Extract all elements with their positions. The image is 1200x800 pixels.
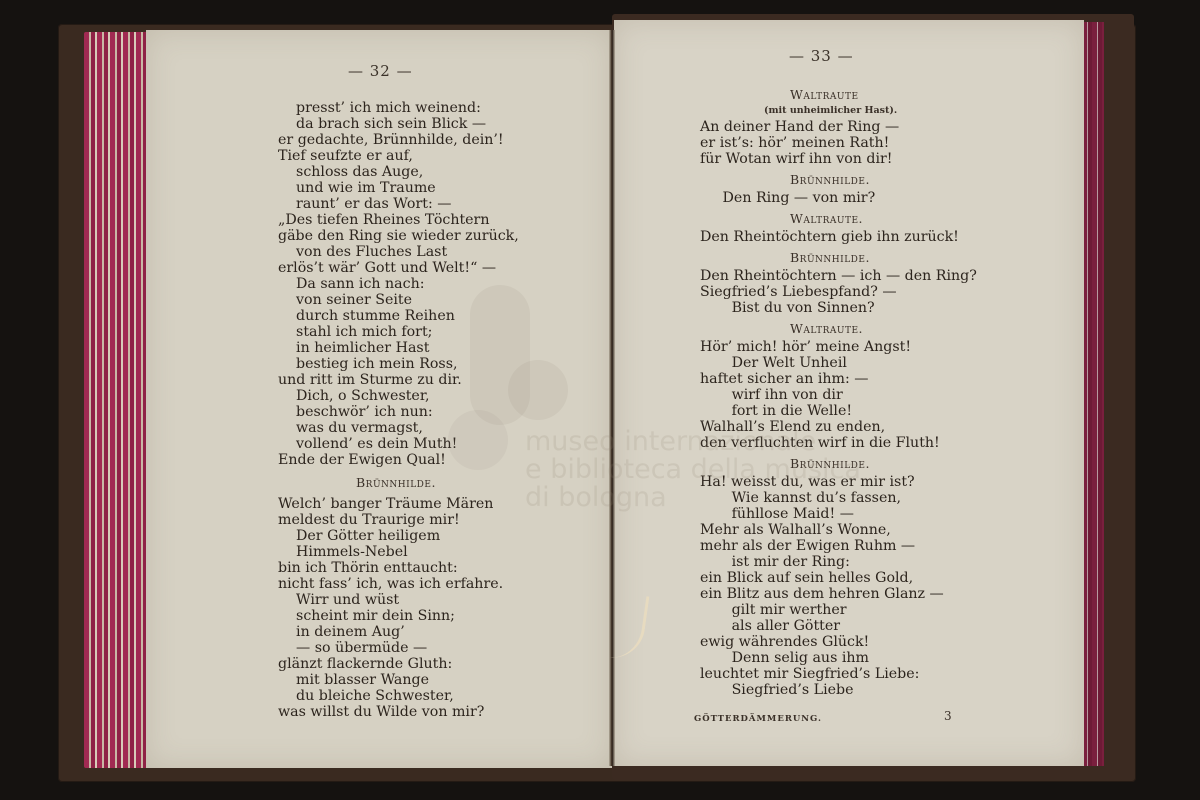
verse-line: Der Welt Unheil — [700, 355, 977, 371]
verse-line: Mehr als Walhall’s Wonne, — [700, 522, 977, 538]
verse-line: „Des tiefen Rheines Töchtern — [278, 212, 519, 228]
page-edges-left — [84, 32, 148, 768]
footer-title: GÖTTERDÄMMERUNG. — [694, 714, 822, 724]
verse-line: da brach sich sein Blick — — [278, 116, 519, 132]
page-number-left: — 32 — — [348, 62, 413, 80]
verse-line: Den Rheintöchtern gieb ihn zurück! — [700, 229, 977, 245]
verse-line: von des Fluches Last — [278, 244, 519, 260]
speaker-heading: Waltraute. — [700, 318, 977, 339]
verse-line: schloss das Auge, — [278, 164, 519, 180]
verse-line: ein Blitz aus dem hehren Glanz — — [700, 586, 977, 602]
verse-line: mehr als der Ewigen Ruhm — — [700, 538, 977, 554]
verse-line: Den Rheintöchtern — ich — den Ring? — [700, 268, 977, 284]
verse-line: — so übermüde — — [278, 640, 519, 656]
verse-line: Hör’ mich! hör’ meine Angst! — [700, 339, 977, 355]
verse-line: du bleiche Schwester, — [278, 688, 519, 704]
verse-line: Himmels-Nebel — [278, 544, 519, 560]
verse-line: Denn selig aus ihm — [700, 650, 977, 666]
speaker-heading: Brünnhilde. — [700, 247, 977, 268]
verse-line: Wirr und wüst — [278, 592, 519, 608]
verse-line: Bist du von Sinnen? — [700, 300, 977, 316]
verse-line: für Wotan wirf ihn von dir! — [700, 151, 977, 167]
verse-line: als aller Götter — [700, 618, 977, 634]
verse-line: haftet sicher an ihm: — — [700, 371, 977, 387]
verse-line: er ist’s: hör’ meinen Rath! — [700, 135, 977, 151]
verse-line: erlös’t wär’ Gott und Welt!“ — — [278, 260, 519, 276]
verse-line: Den Ring — von mir? — [700, 190, 977, 206]
watermark-text: museo internazionale e biblioteca della … — [525, 428, 861, 512]
verse-line: gäbe den Ring sie wieder zurück, — [278, 228, 519, 244]
verse-line: nicht fass’ ich, was ich erfahre. — [278, 576, 519, 592]
verse-line: ein Blick auf sein helles Gold, — [700, 570, 977, 586]
speaker-heading: Brünnhilde. — [700, 169, 977, 190]
verse-line: er gedachte, Brünnhilde, dein’! — [278, 132, 519, 148]
verse-line: ist mir der Ring: — [700, 554, 977, 570]
verse-line: in deinem Aug’ — [278, 624, 519, 640]
right-page-verse: Waltraute(mit unheimlicher Hast).An dein… — [700, 82, 977, 698]
signature-mark: 3 — [944, 709, 952, 723]
watermark-logo-dot — [508, 360, 568, 420]
page-number-right: — 33 — — [789, 47, 854, 65]
verse-line: was willst du Wilde von mir? — [278, 704, 519, 720]
verse-line: An deiner Hand der Ring — — [700, 119, 977, 135]
verse-line: Welch’ banger Träume Mären — [278, 496, 519, 512]
verse-line: gilt mir werther — [700, 602, 977, 618]
page-edges-right — [1082, 22, 1104, 766]
verse-line: Tief seufzte er auf, — [278, 148, 519, 164]
right-page: — 33 — Waltraute(mit unheimlicher Hast).… — [614, 20, 1084, 766]
verse-line: leuchtet mir Siegfried’s Liebe: — [700, 666, 977, 682]
watermark-logo-dot-2 — [448, 410, 508, 470]
verse-line: fort in die Welle! — [700, 403, 977, 419]
verse-line: presst’ ich mich weinend: — [278, 100, 519, 116]
speaker-heading: Waltraute — [700, 84, 977, 105]
speaker-heading: Waltraute. — [700, 208, 977, 229]
verse-line: wirf ihn von dir — [700, 387, 977, 403]
speaker-heading: Brünnhilde. — [278, 472, 519, 493]
stage-direction: (mit unheimlicher Hast). — [700, 105, 977, 119]
verse-line: Der Götter heiligem — [278, 528, 519, 544]
verse-line: Siegfried’s Liebespfand? — — [700, 284, 977, 300]
verse-line: Siegfried’s Liebe — [700, 682, 977, 698]
verse-line: raunt’ er das Wort: — — [278, 196, 519, 212]
verse-line: und wie im Traume — [278, 180, 519, 196]
verse-line: meldest du Traurige mir! — [278, 512, 519, 528]
verse-line: mit blasser Wange — [278, 672, 519, 688]
verse-line: ewig währendes Glück! — [700, 634, 977, 650]
verse-line: scheint mir dein Sinn; — [278, 608, 519, 624]
verse-line: glänzt flackernde Gluth: — [278, 656, 519, 672]
verse-line: bin ich Thörin enttaucht: — [278, 560, 519, 576]
